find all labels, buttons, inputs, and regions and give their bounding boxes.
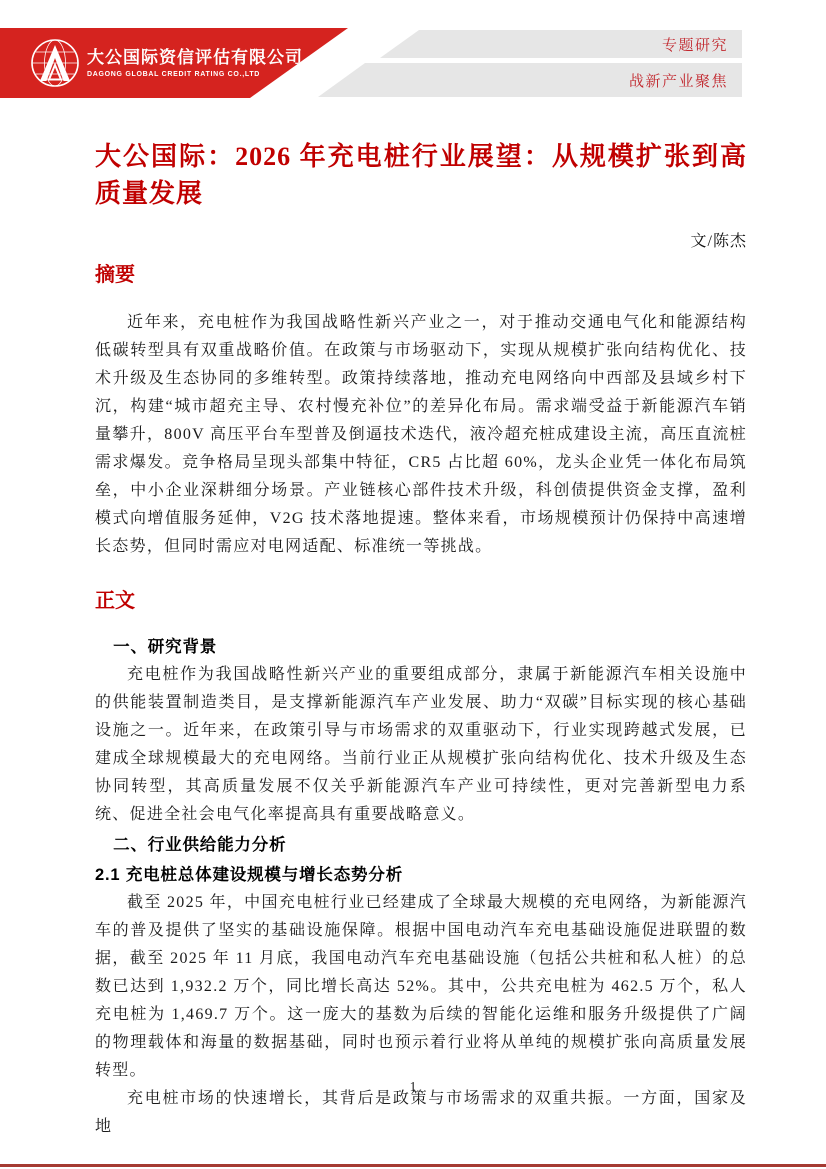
page-number: 1 <box>0 1079 826 1095</box>
section2-heading: 二、行业供给能力分析 <box>95 831 747 859</box>
report-page: 大公国际资信评估有限公司 DAGONG GLOBAL CREDIT RATING… <box>0 0 826 1169</box>
footer-rule <box>0 1164 826 1167</box>
abstract-heading: 摘要 <box>95 261 747 289</box>
abstract-paragraph: 近年来，充电桩作为我国战略性新兴产业之一，对于推动交通电气化和能源结构低碳转型具… <box>95 309 747 561</box>
section1-paragraph: 充电桩作为我国战略性新兴产业的重要组成部分，隶属于新能源汽车相关设施中的供能装置… <box>95 661 747 829</box>
section1-heading: 一、研究背景 <box>95 633 747 661</box>
byline: 文/陈杰 <box>95 228 747 251</box>
section2-paragraph1: 截至 2025 年，中国充电桩行业已经建成了全球最大规模的充电网络，为新能源汽车… <box>95 889 747 1085</box>
dagong-globe-logo-icon <box>30 38 80 88</box>
main-text-heading: 正文 <box>95 587 747 615</box>
document-content: 大公国际：2026 年充电桩行业展望：从规模扩张到高质量发展 文/陈杰 摘要 近… <box>95 0 747 1141</box>
report-title: 大公国际：2026 年充电桩行业展望：从规模扩张到高质量发展 <box>95 0 747 212</box>
section2-subheading: 2.1 充电桩总体建设规模与增长态势分析 <box>95 861 747 889</box>
